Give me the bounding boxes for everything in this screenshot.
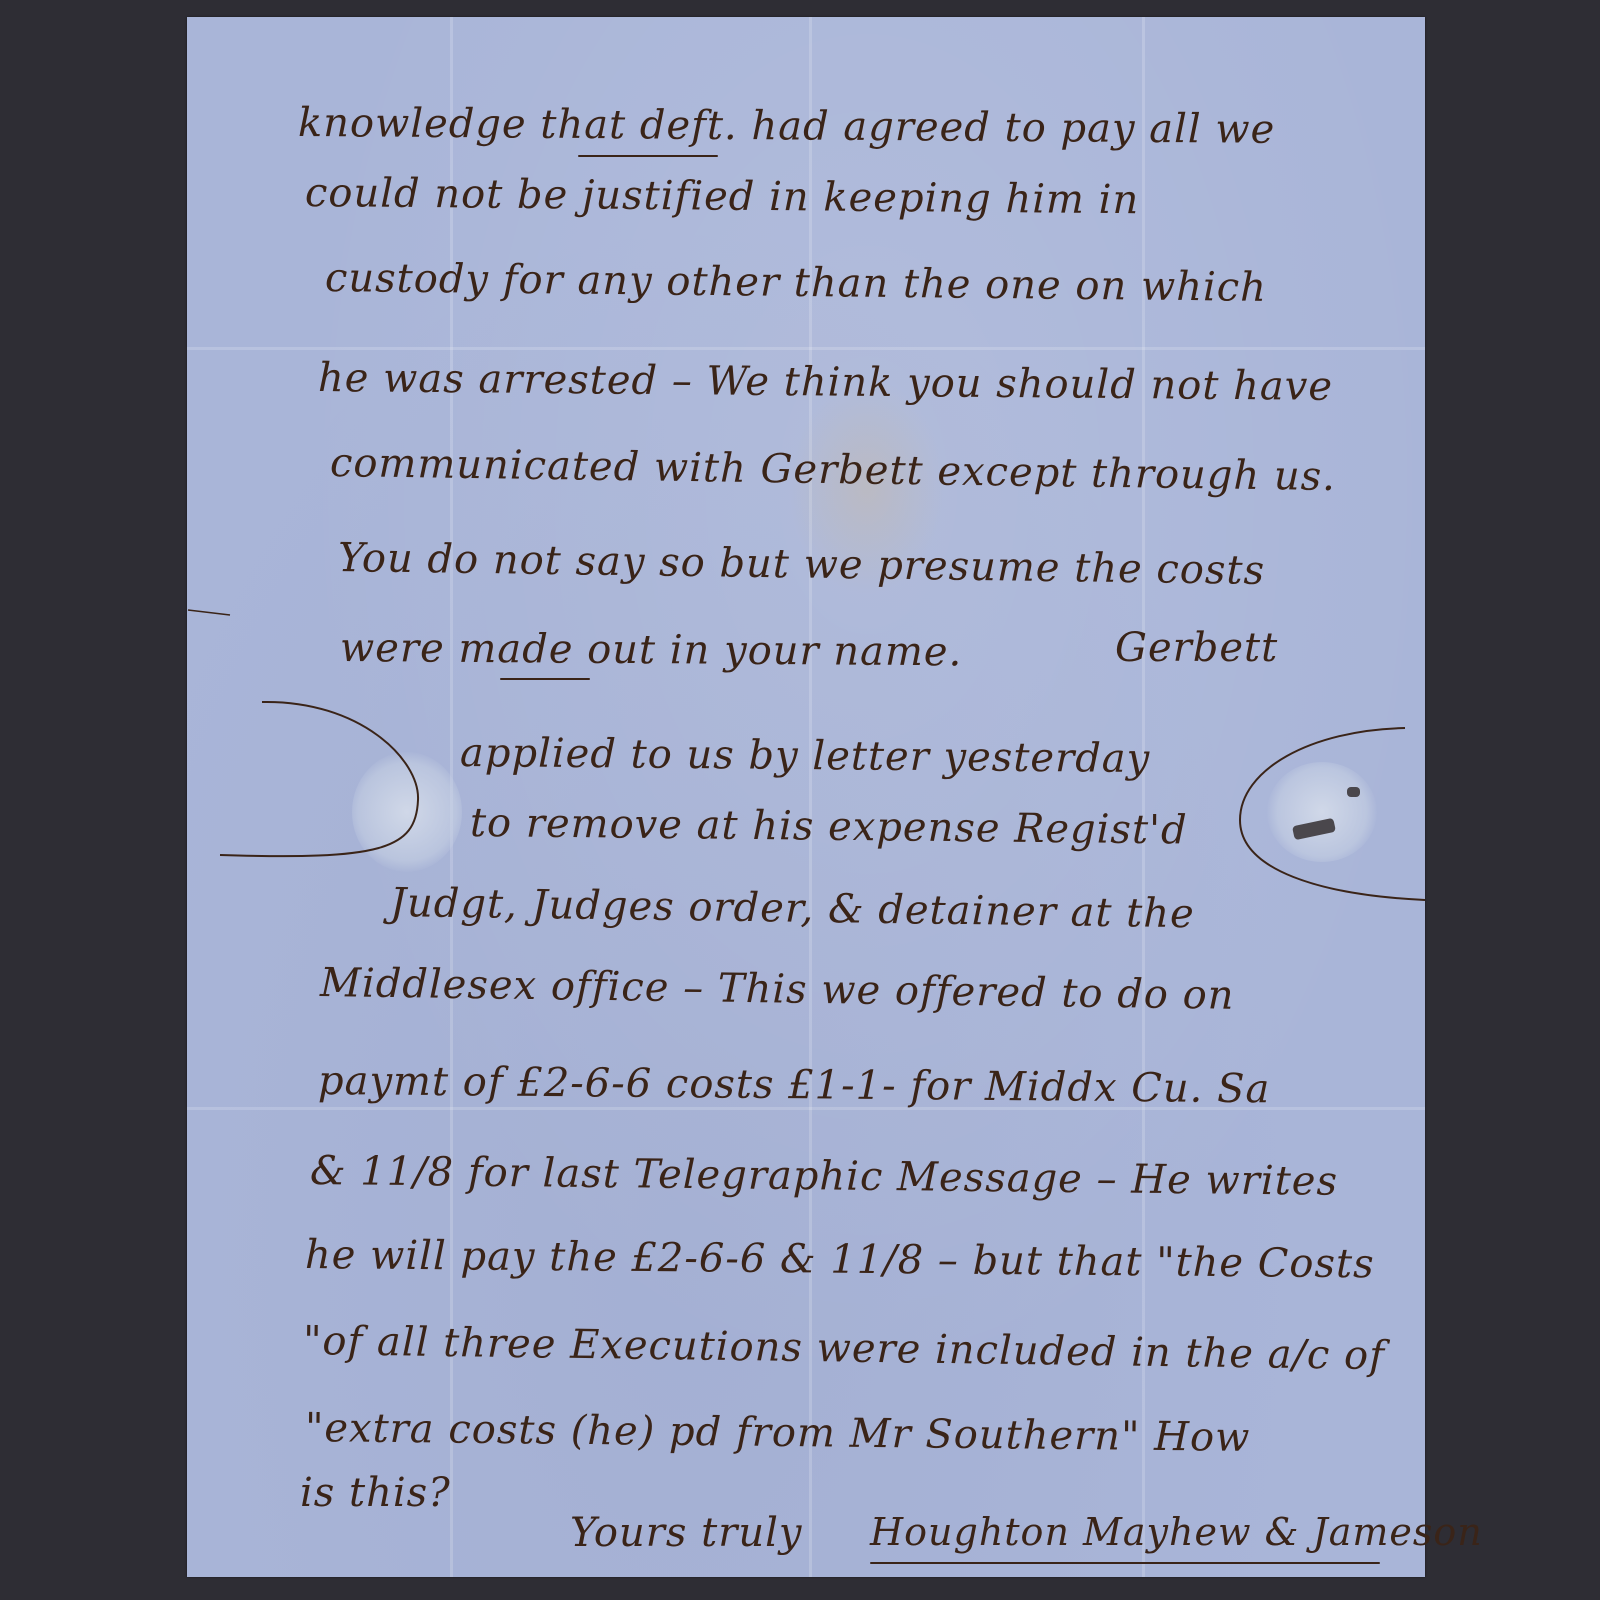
letter-line-1: knowledge that deft. had agreed to pay a… bbox=[298, 100, 1276, 153]
right-seal-arc bbox=[1240, 728, 1425, 900]
signature-underline bbox=[870, 1562, 1380, 1564]
underline-your bbox=[500, 678, 590, 680]
letter-line-8: applied to us by letter yesterday bbox=[460, 730, 1151, 782]
underline-agreed bbox=[578, 155, 718, 157]
letter-line-7: were made out in your name. bbox=[340, 625, 963, 675]
letter-line-14: he will pay the £2-6-6 & 11/8 – but that… bbox=[305, 1232, 1375, 1287]
letter-line-12: paymt of £2-6-6 costs £1-1- for Middx Cu… bbox=[318, 1058, 1271, 1112]
left-seal-arc bbox=[220, 702, 418, 856]
letter-line-2: could not be justified in keeping him in bbox=[305, 170, 1140, 223]
letter-line-3: custody for any other than the one on wh… bbox=[325, 255, 1267, 311]
letter-line-17: is this? bbox=[300, 1470, 451, 1516]
margin-mark bbox=[188, 610, 230, 615]
letter-signature: Houghton Mayhew & Jameson bbox=[870, 1510, 1483, 1554]
letter-closing: Yours truly bbox=[570, 1510, 802, 1556]
letter-line-4: he was arrested – We think you should no… bbox=[318, 355, 1333, 410]
letter-line-9: to remove at his expense Regist'd bbox=[470, 800, 1188, 854]
letter-line-7-name: Gerbett bbox=[1115, 625, 1278, 671]
